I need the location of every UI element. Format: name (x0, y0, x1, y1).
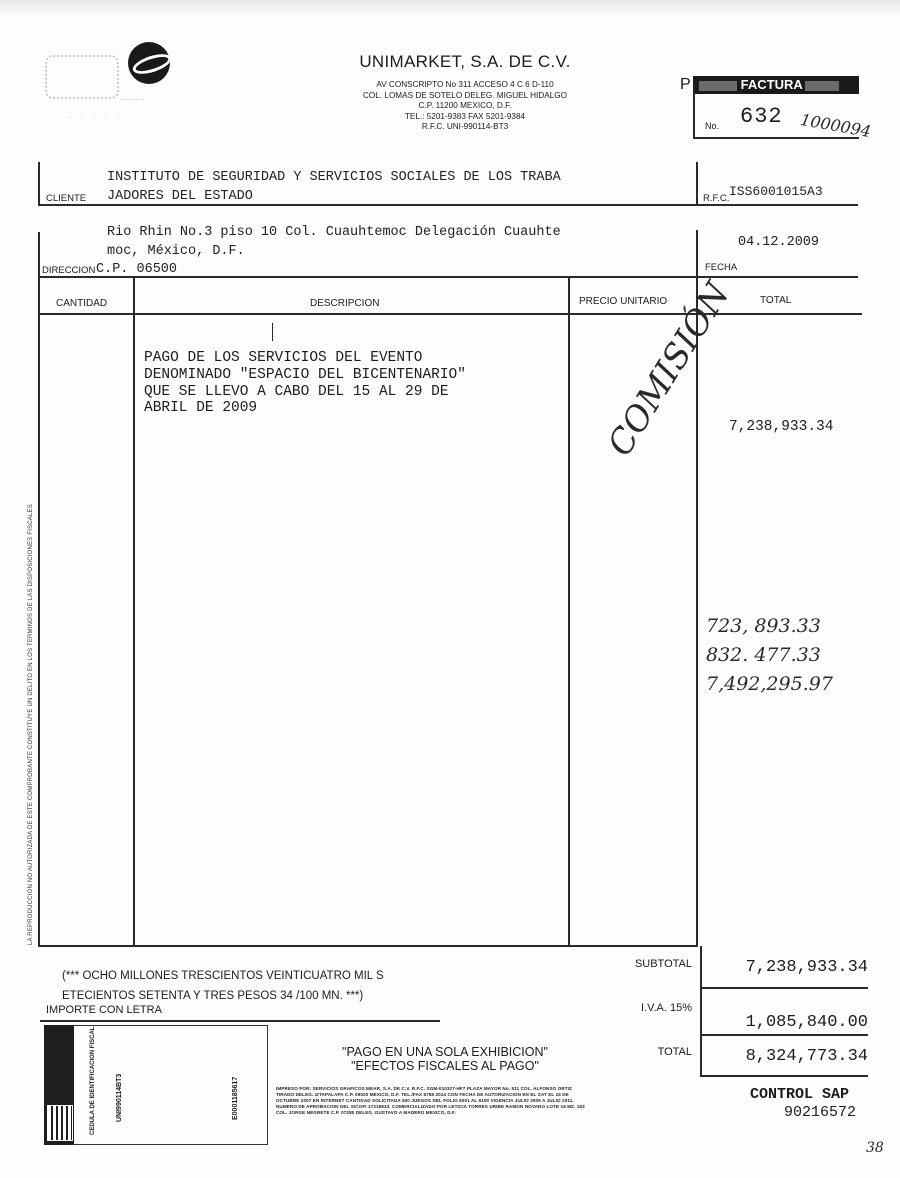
payment-notes: "PAGO EN UNA SOLA EXHIBICION" "EFECTOS F… (300, 1045, 590, 1073)
invoice-number: 632 (740, 104, 783, 129)
address-line: C.P. 11200 MEXICO, D.F. (300, 101, 630, 112)
page-mark: 38 (866, 1140, 884, 1156)
address-line: AV CONSCRIPTO No 311 ACCESO 4 C 6 D-110 (300, 80, 630, 91)
company-address: AV CONSCRIPTO No 311 ACCESO 4 C 6 D-110 … (300, 80, 630, 133)
subtotal-label: SUBTOTAL (600, 958, 692, 970)
stamp-rfc: UNI990114BT3 (116, 1074, 123, 1122)
item-description: PAGO DE LOS SERVICIOS DEL EVENTO DENOMIN… (144, 350, 466, 417)
stamp-folio: E0001185617 (232, 1077, 239, 1120)
logo-caption: ~~~~~ (120, 97, 145, 104)
faded-logo-mark (45, 55, 119, 99)
handwritten-notes: 723, 893.33 832. 477.33 7,492,295.97 (706, 612, 833, 699)
header-descripcion: DESCRIPCION (310, 298, 379, 309)
total-label: TOTAL (600, 1046, 692, 1058)
control-sap-number: 90216572 (784, 1104, 856, 1121)
header-total: TOTAL (760, 295, 791, 306)
company-name: UNIMARKET, S.A. DE C.V. (300, 52, 630, 72)
address-line: COL. LOMAS DE SOTELO DELEG. MIGUEL HIDAL… (300, 91, 630, 102)
header-cantidad: CANTIDAD (56, 298, 107, 309)
stamp-title: CEDULA DE IDENTIFICACION FISCAL (90, 1027, 96, 1135)
client-rfc: ISS6001015A3 (729, 184, 823, 199)
date-label: FECHA (705, 262, 737, 273)
iva-label: I.V.A. 15% (600, 1002, 692, 1014)
scan-edge (0, 0, 900, 16)
header-precio-unitario: PRECIO UNITARIO (579, 296, 667, 307)
subtotal-value: 7,238,933.34 (700, 958, 868, 977)
side-legal-legend: LA REPRODUCCION NO AUTORIZADA DE ESTE CO… (28, 504, 34, 945)
item-total: 7,238,933.34 (729, 419, 833, 435)
address-line: TEL.: 5201-9383 FAX 5201-9384 (300, 112, 630, 123)
control-sap-label: CONTROL SAP (750, 1086, 849, 1103)
handwritten-note: 723, 893.33 (706, 612, 833, 641)
payment-note-line1: "PAGO EN UNA SOLA EXHIBICION" (300, 1045, 590, 1059)
globe-logo-icon (128, 42, 170, 84)
payment-note-line2: "EFECTOS FISCALES AL PAGO" (300, 1059, 590, 1073)
printer-notice: IMPRESO POR: SERVICIOS GRAFICOS MEAR, S.… (276, 1086, 586, 1116)
invoice-date: 04.12.2009 (738, 235, 819, 250)
address-line: R.F.C. UNI-990114-BT3 (300, 122, 630, 133)
invoice-prefix: P (680, 76, 691, 94)
invoice-number-label: No. (705, 121, 719, 131)
logo-subtext: · · · · · (68, 112, 123, 123)
address-line3: C.P. 06500 (96, 262, 177, 277)
rfc-label: R.F.C. (703, 193, 729, 204)
amount-in-words-label: IMPORTE CON LETRA (46, 1004, 162, 1016)
handwritten-note: 7,492,295.97 (706, 670, 833, 699)
client-label: CLIENTE (46, 193, 86, 204)
barcode-icon (47, 1105, 73, 1141)
invoice-type-banner: FACTURA (693, 76, 859, 94)
address-line1: Rio Rhin No.3 piso 10 Col. Cuauhtemoc De… (107, 225, 561, 240)
iva-value: 1,085,840.00 (700, 1013, 868, 1032)
address-label: DIRECCION (42, 265, 95, 276)
client-name-line1: INSTITUTO DE SEGURIDAD Y SERVICIOS SOCIA… (107, 170, 561, 185)
invoice-type-label: FACTURA (741, 77, 803, 92)
amount-words-line2: ETECIENTOS SETENTA Y TRES PESOS 34 /100 … (62, 986, 384, 1006)
client-name-line2: JADORES DEL ESTADO (107, 189, 253, 204)
handwritten-note: 832. 477.33 (706, 641, 833, 670)
total-value: 8,324,773.34 (700, 1047, 868, 1066)
amount-in-words: (*** OCHO MILLONES TRESCIENTOS VEINTICUA… (62, 966, 384, 1006)
address-line2: moc, México, D.F. (107, 244, 245, 259)
amount-words-line1: (*** OCHO MILLONES TRESCIENTOS VEINTICUA… (62, 966, 384, 986)
